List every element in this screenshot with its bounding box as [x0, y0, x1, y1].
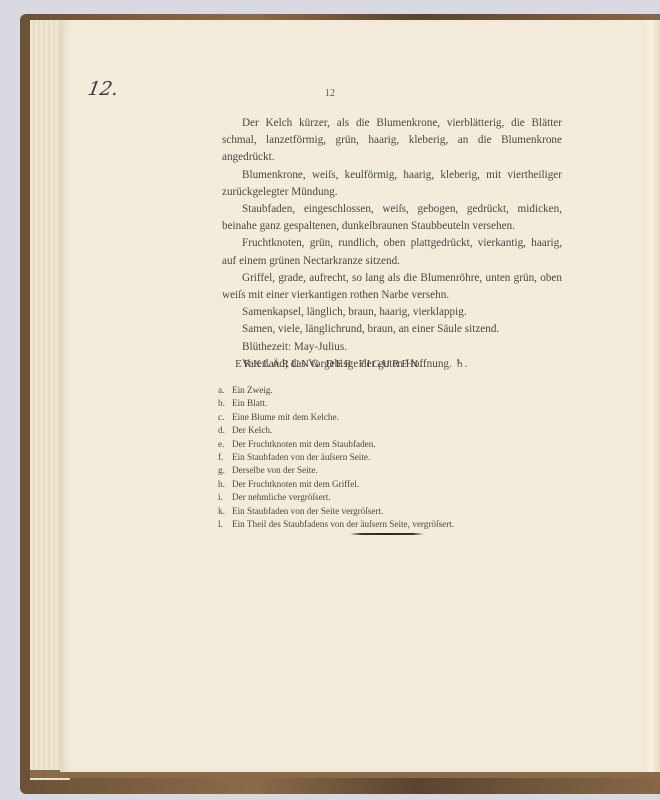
- plant-description: Der Kelch kürzer, als die Blumenkrone, v…: [222, 115, 562, 373]
- paragraph-griffel: Griffel, grade, aufrecht, so lang als di…: [222, 270, 562, 304]
- figure-item: b.Ein Blatt.: [218, 397, 518, 410]
- figure-item: g.Derselbe von der Seite.: [218, 464, 518, 477]
- paragraph-kelch: Der Kelch kürzer, als die Blumenkrone, v…: [222, 115, 562, 167]
- figure-key: k.: [218, 505, 232, 518]
- figures-heading: ERKLÄRUNG DER FIGUREN.: [0, 358, 660, 370]
- right-page-fold: [642, 20, 660, 772]
- paragraph-fruchtknoten: Fruchtknoten, grün, rundlich, oben platt…: [222, 235, 562, 269]
- figure-text: Der nehmliche vergröſsert.: [232, 491, 331, 504]
- figure-key: e.: [218, 438, 232, 451]
- figure-key: d.: [218, 424, 232, 437]
- figure-key: b.: [218, 397, 232, 410]
- figure-key: f.: [218, 451, 232, 464]
- figure-key: g.: [218, 464, 232, 477]
- paragraph-blumenkrone: Blumenkrone, weiſs, keulförmig, haarig, …: [222, 167, 562, 201]
- paragraph-samenkapsel: Samenkapsel, länglich, braun, haarig, vi…: [222, 304, 562, 321]
- paragraph-bluethezeit: Blüthezeit: May-Julius.: [222, 339, 562, 356]
- figure-item: a.Ein Zweig.: [218, 384, 518, 397]
- figure-text: Ein Theil des Staubfadens von der äuſser…: [232, 518, 454, 531]
- printed-page-number: 12: [0, 88, 660, 99]
- figure-key: h.: [218, 478, 232, 491]
- figure-legend-list: a.Ein Zweig. b.Ein Blatt. c.Eine Blume m…: [218, 384, 518, 531]
- figure-item: l.Ein Theil des Staubfadens von der äuſs…: [218, 518, 518, 531]
- figure-item: i.Der nehmliche vergröſsert.: [218, 491, 518, 504]
- figure-text: Der Kelch.: [232, 424, 272, 437]
- figure-item: f.Ein Staubfaden von der äuſsern Seite.: [218, 451, 518, 464]
- figure-text: Der Fruchtknoten mit dem Staubfaden.: [232, 438, 376, 451]
- figure-item: h.Der Fruchtknoten mit dem Griffel.: [218, 478, 518, 491]
- figure-text: Ein Staubfaden von der Seite vergröſsert…: [232, 505, 383, 518]
- figure-text: Ein Blatt.: [232, 397, 267, 410]
- figure-text: Eine Blume mit dem Kelche.: [232, 411, 339, 424]
- figure-item: d.Der Kelch.: [218, 424, 518, 437]
- figure-text: Ein Zweig.: [232, 384, 273, 397]
- paragraph-staubfaden: Staubfaden, eingeschlossen, weiſs, gebog…: [222, 201, 562, 235]
- figure-item: c.Eine Blume mit dem Kelche.: [218, 411, 518, 424]
- figure-key: c.: [218, 411, 232, 424]
- figure-text: Ein Staubfaden von der äuſsern Seite.: [232, 451, 370, 464]
- figure-item: k.Ein Staubfaden von der Seite vergröſse…: [218, 505, 518, 518]
- figure-text: Der Fruchtknoten mit dem Griffel.: [232, 478, 359, 491]
- ornamental-rule: [350, 533, 424, 535]
- figure-key: l.: [218, 518, 232, 531]
- figure-text: Derselbe von der Seite.: [232, 464, 318, 477]
- figure-key: i.: [218, 491, 232, 504]
- paragraph-samen: Samen, viele, länglichrund, braun, an ei…: [222, 321, 562, 338]
- figure-item: e.Der Fruchtknoten mit dem Staubfaden.: [218, 438, 518, 451]
- figure-key: a.: [218, 384, 232, 397]
